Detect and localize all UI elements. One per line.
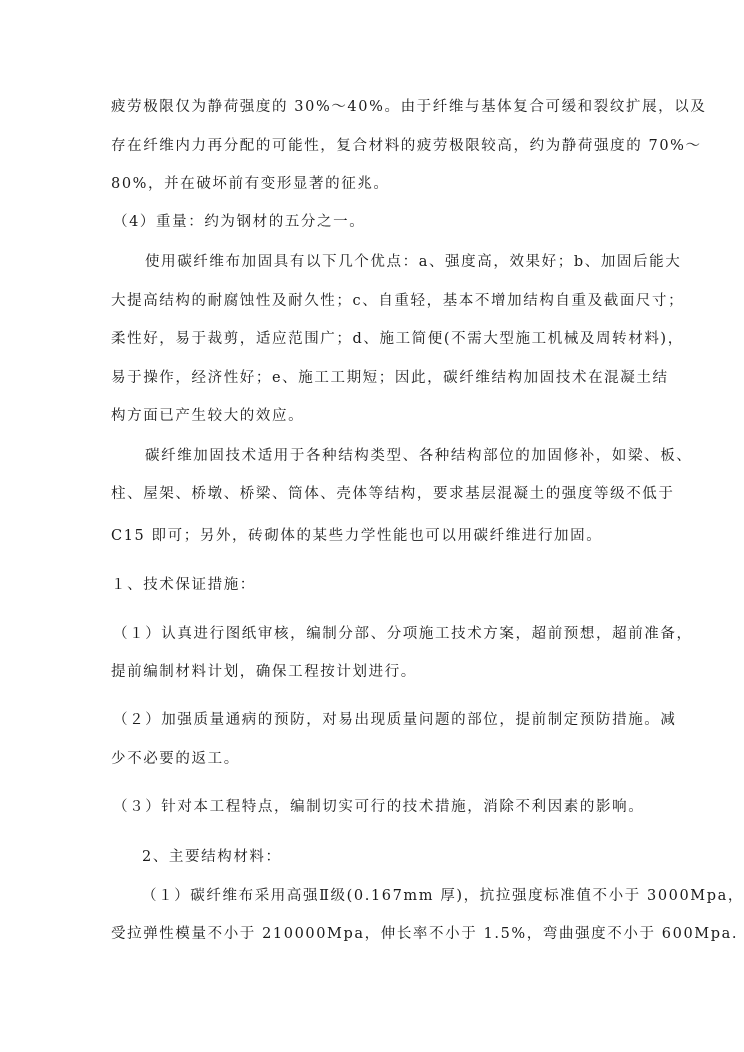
text-line: （２）加强质量通病的预防，对易出现质量问题的部位，提前制定预防措施。减 xyxy=(113,710,677,730)
text-line: 柔性好，易于裁剪，适应范围广；d、施工简便(不需大型施工机械及周转材料)， xyxy=(111,329,684,349)
document-page: 疲劳极限仅为静荷强度的 30%～40%。由于纤维与基体复合可缓和裂纹扩展，以及存… xyxy=(0,0,744,1052)
text-line: （4）重量：约为钢材的五分之一。 xyxy=(113,212,365,232)
text-line: （３）针对本工程特点，编制切实可行的技术措施，消除不利因素的影响。 xyxy=(113,797,644,817)
text-line: 大提高结构的耐腐蚀性及耐久性；c、自重轻，基本不增加结构自重及截面尺寸； xyxy=(111,291,684,311)
text-line: 柱、屋架、桥墩、桥梁、筒体、壳体等结构，要求基层混凝土的强度等级不低于 xyxy=(111,484,675,504)
text-line: 易于操作，经济性好；e、施工工期短；因此，碳纤维结构加固技术在混凝土结 xyxy=(111,368,669,388)
text-line: 提前编制材料计划，确保工程按计划进行。 xyxy=(111,662,417,682)
text-line: 构方面已产生较大的效应。 xyxy=(111,406,304,426)
text-line: （１）碳纤维布采用高强Ⅱ级(0.167mm 厚)，抗拉强度标准值不小于 3000… xyxy=(142,886,744,906)
text-line: 存在纤维内力再分配的可能性，复合材料的疲劳极限较高，约为静荷强度的 70%～ xyxy=(111,136,702,156)
text-line: 80%，并在破坏前有变形显著的征兆。 xyxy=(111,174,390,194)
text-line: C15 即可；另外，砖砌体的某些力学性能也可以用碳纤维进行加固。 xyxy=(111,526,602,546)
text-line: １、技术保证措施： xyxy=(111,575,256,595)
text-line: 碳纤维加固技术适用于各种结构类型、各种结构部位的加固修补，如梁、板、 xyxy=(145,446,692,466)
text-line: 疲劳极限仅为静荷强度的 30%～40%。由于纤维与基体复合可缓和裂纹扩展，以及 xyxy=(111,97,706,117)
text-line: 2、主要结构材料： xyxy=(142,847,282,867)
text-line: 受拉弹性模量不小于 210000Mpa，伸长率不小于 1.5%，弯曲强度不小于 … xyxy=(111,924,738,944)
text-line: 使用碳纤维布加固具有以下几个优点：a、强度高，效果好；b、加固后能大 xyxy=(145,252,681,272)
text-line: 少不必要的返工。 xyxy=(111,749,240,769)
text-line: （１）认真进行图纸审核，编制分部、分项施工技术方案，超前预想，超前准备， xyxy=(113,624,693,644)
